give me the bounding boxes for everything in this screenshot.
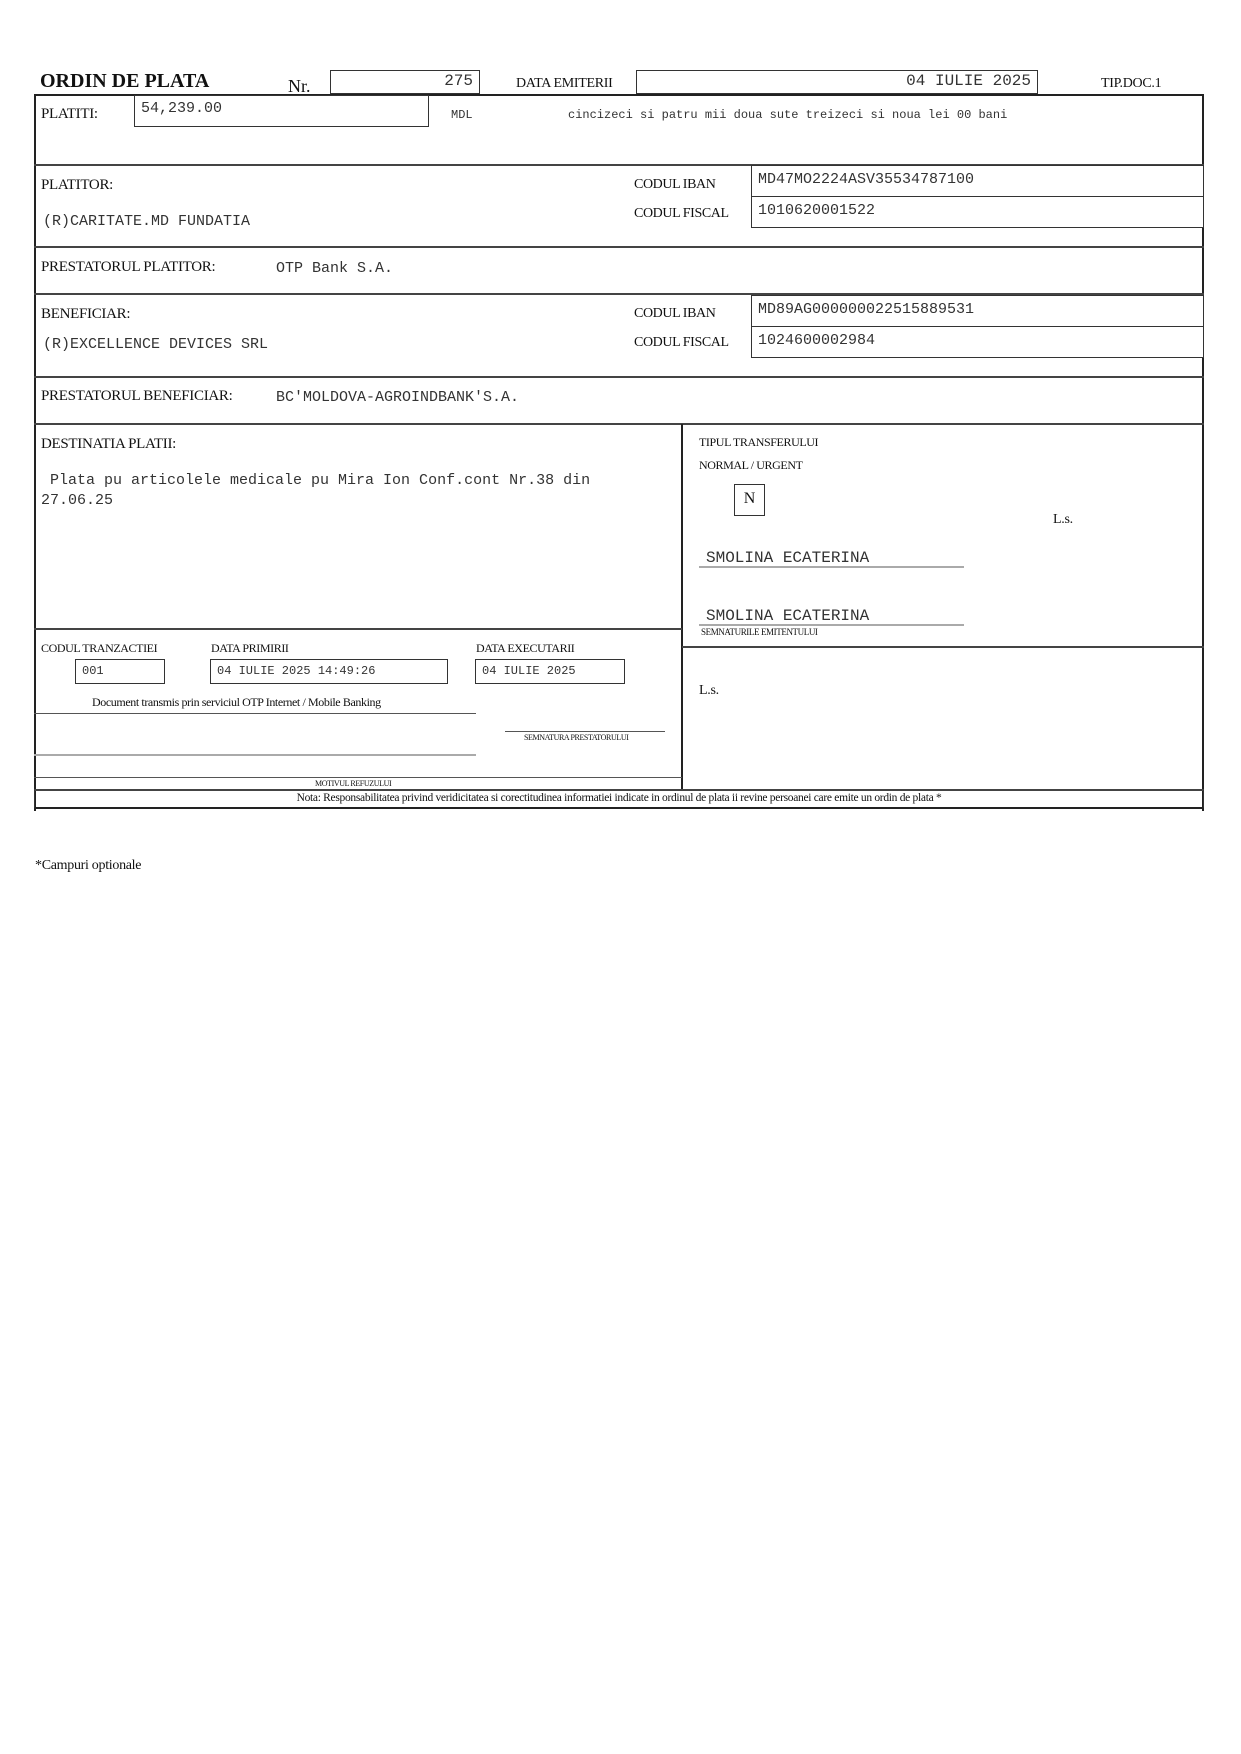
optional-fields-note: *Campuri optionale	[35, 858, 141, 874]
beneficiary-bank-label: PRESTATORUL BENEFICIAR:	[41, 388, 233, 405]
payment-purpose-line-2: 27.06.25	[41, 492, 113, 509]
transaction-code-field: 001	[75, 659, 165, 684]
execution-date-field: 04 IULIE 2025	[475, 659, 625, 684]
payer-iban-label: CODUL IBAN	[634, 177, 715, 193]
divider	[682, 646, 1204, 648]
divider	[34, 376, 1204, 378]
signature-1: SMOLINA ECATERINA	[706, 549, 869, 567]
divider	[34, 754, 476, 756]
payer-iban-field: MD47MO2224ASV35534787100	[751, 165, 1204, 197]
issue-date-label: DATA EMITERII	[516, 76, 612, 92]
amount-label: PLATITI:	[41, 106, 98, 123]
document-number-field: 275	[330, 70, 480, 94]
payer-bank-label: PRESTATORUL PLATITOR:	[41, 259, 215, 276]
divider	[34, 713, 476, 714]
payer-label: PLATITOR:	[41, 177, 113, 194]
payer-fiscal-label: CODUL FISCAL	[634, 206, 729, 222]
document-title: ORDIN DE PLATA	[40, 70, 209, 93]
payer-bank-name: OTP Bank S.A.	[276, 260, 393, 277]
amount-field: 54,239.00	[134, 95, 429, 127]
divider	[34, 777, 682, 778]
payment-purpose-line-1: Plata pu articolele medicale pu Mira Ion…	[41, 472, 590, 489]
transfer-type-label: TIPUL TRANSFERULUI	[699, 435, 818, 450]
beneficiary-fiscal-field: 1024600002984	[751, 326, 1204, 358]
beneficiary-iban-label: CODUL IBAN	[634, 306, 715, 322]
beneficiary-iban-field: MD89AG000000022515889531	[751, 295, 1204, 327]
amount-in-words: cincizeci si patru mii doua sute treizec…	[568, 108, 1007, 122]
beneficiary-label: BENEFICIAR:	[41, 306, 130, 323]
transmission-note: Document transmis prin serviciul OTP Int…	[92, 695, 381, 710]
currency: MDL	[451, 108, 473, 122]
payment-purpose-label: DESTINATIA PLATII:	[41, 436, 176, 453]
stamp-placeholder-bank: L.s.	[699, 683, 719, 699]
transfer-options-label: NORMAL / URGENT	[699, 458, 803, 473]
divider	[34, 246, 1204, 248]
beneficiary-bank-name: BC'MOLDOVA-AGROINDBANK'S.A.	[276, 389, 519, 406]
issue-date-field: 04 IULIE 2025	[636, 70, 1038, 94]
doc-type-label: TIP.DOC.1	[1101, 76, 1161, 92]
beneficiary-fiscal-label: CODUL FISCAL	[634, 335, 729, 351]
divider	[34, 423, 1204, 425]
issuer-signatures-label: SEMNATURILE EMITENTULUI	[701, 627, 818, 637]
divider	[34, 628, 682, 630]
stamp-placeholder-issuer: L.s.	[1053, 512, 1073, 528]
provider-signature-label: SEMNATURA PRESTATORULUI	[524, 733, 628, 742]
signature-line-1	[699, 566, 964, 568]
refusal-reason-label: MOTIVUL REFUZULUI	[315, 779, 391, 788]
responsibility-note: Nota: Responsabilitatea privind veridici…	[35, 790, 1203, 807]
signature-line-2	[699, 624, 964, 626]
execution-date-label: DATA EXECUTARII	[476, 641, 574, 656]
provider-signature-line	[505, 731, 665, 732]
received-date-label: DATA PRIMIRII	[211, 641, 289, 656]
transaction-code-label: CODUL TRANZACTIEI	[41, 641, 157, 656]
payer-fiscal-field: 1010620001522	[751, 196, 1204, 228]
column-divider	[681, 424, 683, 789]
note-row: Nota: Responsabilitatea privind veridici…	[34, 790, 1204, 809]
signature-2: SMOLINA ECATERINA	[706, 607, 869, 625]
payer-name: (R)CARITATE.MD FUNDATIA	[43, 213, 250, 230]
beneficiary-name: (R)EXCELLENCE DEVICES SRL	[43, 336, 268, 353]
received-date-field: 04 IULIE 2025 14:49:26	[210, 659, 448, 684]
transfer-type-field: N	[734, 484, 765, 516]
